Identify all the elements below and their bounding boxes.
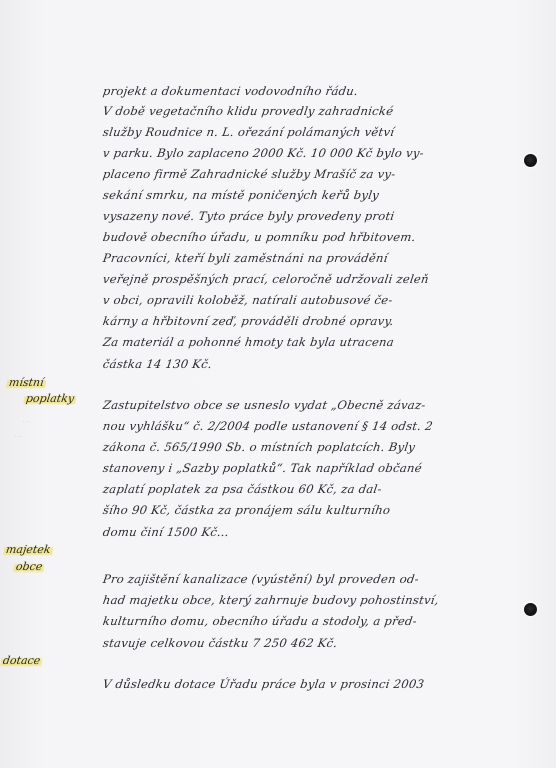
text-line: sekání smrku, na místě poničených keřů b… — [102, 188, 499, 202]
text-line: zaplatí poplatek za psa částkou 60 Kč, z… — [102, 482, 499, 496]
margin-note-majetek: majetek — [3, 543, 53, 556]
text-line: V době vegetačního klidu provedly zahrad… — [102, 104, 499, 118]
margin-note-poplatky: poplatky — [23, 392, 77, 405]
text-line: stanoveny i „Sazby poplatků“. Tak napřík… — [102, 461, 499, 475]
text-line: nou vyhlášku“ č. 2/2004 podle ustanovení… — [102, 419, 499, 433]
text-line: placeno firmě Zahradnické služby Mrašíč … — [102, 167, 499, 181]
text-line: budově obecního úřadu, u pomníku pod hřb… — [102, 230, 499, 244]
text-line: domu činí 1500 Kč… — [102, 525, 499, 539]
scanned-page: projekt a dokumentaci vodovodního řádu. … — [0, 0, 556, 768]
text-line: Za materiál a pohonné hmoty tak byla utr… — [102, 335, 499, 349]
text-line: v parku. Bylo zaplaceno 2000 Kč. 10 000 … — [102, 146, 499, 160]
text-line: had majetku obce, který zahrnuje budovy … — [102, 593, 499, 607]
text-line: veřejně prospěšných prací, celoročně udr… — [102, 272, 499, 286]
text-line: zákona č. 565/1990 Sb. o místních poplat… — [102, 440, 499, 454]
text-line: Pracovníci, kteří byli zaměstnáni na pro… — [102, 251, 499, 265]
text-line: služby Roudnice n. L. ořezání polámaných… — [102, 125, 499, 139]
margin-note-dotace: dotace — [0, 654, 43, 667]
text-line: stavuje celkovou částku 7 250 462 Kč. — [102, 636, 499, 650]
text-line: v obci, opravili koloběž, natírali autob… — [102, 293, 499, 307]
punch-hole-bottom — [524, 603, 537, 616]
margin-note-obce: obce — [13, 560, 45, 573]
text-line: kárny a hřbitovní zeď, prováděli drobné … — [102, 314, 499, 328]
punch-hole-top — [524, 154, 537, 167]
text-line: Pro zajištění kanalizace (vyústění) byl … — [102, 572, 499, 586]
margin-note-mistni: místní — [6, 376, 46, 389]
text-line: V důsledku dotace Úřadu práce byla v pro… — [102, 677, 499, 691]
faint-bleed-text: … — [14, 430, 22, 439]
text-line: šího 90 Kč, částka za pronájem sálu kult… — [102, 503, 499, 517]
text-line: kulturního domu, obecního úřadu a stodol… — [102, 614, 499, 628]
text-line: vysazeny nové. Tyto práce byly provedeny… — [102, 209, 499, 223]
text-line: Zastupitelstvo obce se usneslo vydat „Ob… — [102, 398, 499, 412]
text-line: částka 14 130 Kč. — [102, 357, 499, 371]
text-line: projekt a dokumentaci vodovodního řádu. — [102, 84, 499, 98]
faint-bleed-text: … — [22, 415, 30, 424]
